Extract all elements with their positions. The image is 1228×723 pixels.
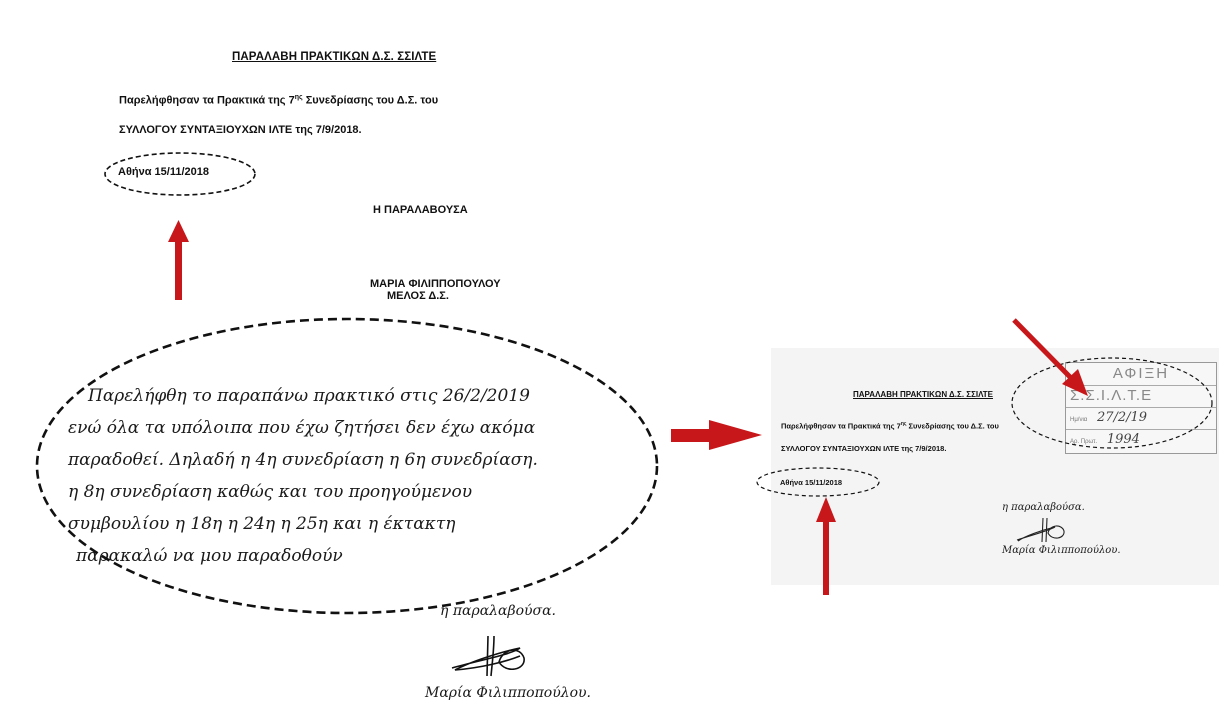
stamp-date-value: 27/2/19 [1097, 410, 1147, 425]
recipient-name: ΜΑΡΙΑ ΦΙΛΙΠΠΟΠΟΥΛΟΥ [370, 278, 501, 290]
arrow-up-left-icon [168, 220, 189, 300]
arrow-right-icon [671, 420, 762, 450]
received-minutes-line: Παρελήφθησαν τα Πρακτικά της 7ης Συνεδρί… [119, 94, 438, 107]
note-line: η 8η συνεδρίαση καθώς και του προηγούμεν… [68, 482, 472, 502]
scan-received-line: Παρελήφθησαν τα Πρακτικά της 7ης Συνεδρί… [781, 421, 999, 431]
stamp-date-label: Ημ/νια [1070, 417, 1087, 423]
signature-scribble [452, 636, 524, 676]
stamp-header: ΑΦΙΞΗ [1066, 363, 1216, 386]
line1-text: Παρελήφθησαν τα Πρακτικά της 7 [119, 95, 295, 107]
scan-signature-name: Μαρία Φιλιπποπούλου. [1002, 545, 1121, 556]
note-line: παραδοθεί. Δηλαδή η 4η συνεδρίαση η 6η σ… [68, 450, 538, 470]
scan-association-line: ΣΥΛΛΟΓΟΥ ΣΥΝΤΑΞΙΟΥΧΩΝ ΙΛΤΕ της 7/9/2018. [781, 444, 946, 453]
note-line: ενώ όλα τα υπόλοιπα που έχω ζητήσει δεν … [68, 418, 535, 438]
stamp-protocol-value: 1994 [1107, 432, 1140, 447]
stamp-protocol-row: Αρ. Πρωτ. 1994 [1066, 429, 1216, 451]
document-title: ΠΑΡΑΛΑΒΗ ΠΡΑΚΤΙΚΩΝ Δ.Σ. ΣΣΙΛΤΕ [232, 51, 436, 63]
document-date: Αθήνα 15/11/2018 [118, 166, 209, 178]
ordinal-suffix: ης [295, 94, 303, 101]
line1-text-end: Συνεδρίασης του Δ.Σ. του [303, 95, 439, 107]
signature-label: η παραλαβούσα. [440, 603, 556, 619]
stamp-date-row: Ημ/νια 27/2/19 [1066, 407, 1216, 430]
scan-signature-label: η παραλαβούσα. [1002, 502, 1085, 513]
recipient-label: Η ΠΑΡΑΛΑΒΟΥΣΑ [373, 204, 468, 216]
stamp-org: Σ.Σ.Ι.Λ.Τ.Ε [1066, 385, 1216, 408]
recipient-role: ΜΕΛΟΣ Δ.Σ. [387, 290, 449, 302]
stamp-protocol-label: Αρ. Πρωτ. [1070, 439, 1097, 445]
arrival-stamp: ΑΦΙΞΗ Σ.Σ.Ι.Λ.Τ.Ε Ημ/νια 27/2/19 Αρ. Πρω… [1065, 362, 1217, 454]
note-line: Παρελήφθη το παραπάνω πρακτικό στις 26/2… [88, 386, 530, 406]
signature-name: Μαρία Φιλιπποπούλου. [425, 685, 591, 701]
scan-title: ΠΑΡΑΛΑΒΗ ΠΡΑΚΤΙΚΩΝ Δ.Σ. ΣΣΙΛΤΕ [853, 390, 993, 399]
scan-line1-text-end: Συνεδρίασης του Δ.Σ. του [906, 422, 998, 431]
scan-line1-text: Παρελήφθησαν τα Πρακτικά της 7 [781, 422, 901, 431]
scan-date: Αθήνα 15/11/2018 [780, 478, 842, 487]
note-line: παρακαλώ να μου παραδοθούν [76, 546, 343, 566]
note-line: συμβουλίου η 18η η 24η η 25η και η έκτακ… [68, 514, 455, 534]
association-line: ΣΥΛΛΟΓΟΥ ΣΥΝΤΑΞΙΟΥΧΩΝ ΙΛΤΕ της 7/9/2018. [119, 124, 362, 136]
